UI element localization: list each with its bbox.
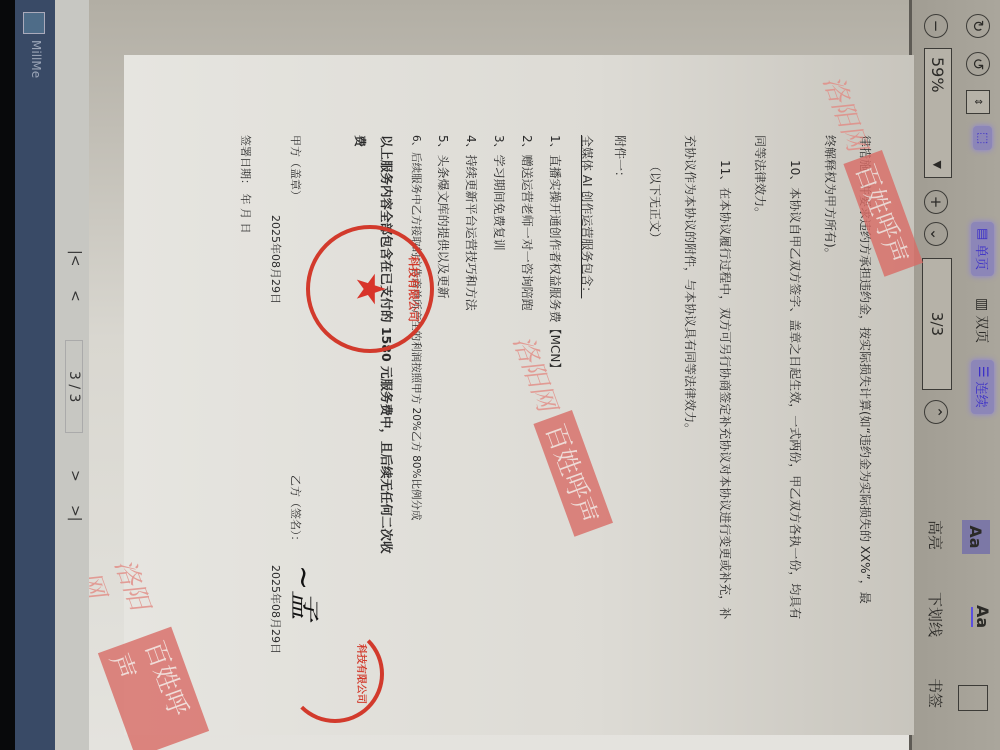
continuous-button[interactable]: ☰ 连续: [971, 360, 994, 414]
app-icon[interactable]: [23, 12, 45, 34]
party-a-date: 2025年08月29日: [268, 215, 284, 304]
highlight-aa: Aa: [967, 525, 986, 548]
party-b-label: 乙方（签名）：: [288, 475, 304, 547]
continuous-label: 连续: [973, 382, 992, 408]
single-page-icon: ▤: [975, 228, 990, 240]
zoom-out-icon[interactable]: −: [924, 14, 948, 38]
fit-page-icon[interactable]: ⇕: [966, 90, 990, 114]
company-seal-b: 科技有限公司: [286, 625, 384, 723]
seal-text: 科技有限公司: [355, 644, 370, 704]
doc-line: 终解释权为甲方所有)。: [822, 135, 839, 260]
page-navigation: |< < 3 / 3 > >|: [55, 0, 89, 750]
page-number-field[interactable]: 3/3: [922, 258, 952, 390]
rotate-counter-icon[interactable]: ↺: [966, 52, 990, 76]
dropdown-arrow-icon: ▼: [932, 161, 945, 169]
doc-line: 同等法律效力。: [752, 135, 769, 219]
service-item: 4、持续更新平台运营技巧和方法: [463, 135, 480, 311]
service-item: 1、直播实操开通创作者权益服务费【MCN】: [547, 135, 564, 374]
rotate-icon[interactable]: ↻: [966, 14, 990, 38]
fit-width-button[interactable]: ⬚: [973, 126, 992, 150]
zoom-select[interactable]: 59% ▼: [924, 48, 952, 178]
screen-bezel: [0, 0, 15, 750]
single-page-button[interactable]: ▤ 单页: [971, 222, 994, 276]
prev-page-nav-icon[interactable]: <: [67, 290, 83, 302]
continuous-icon: ☰: [975, 366, 990, 378]
zoom-value: 59%: [929, 57, 948, 93]
party-b-date: 2025年08月29日: [268, 565, 284, 654]
fit-width-icon: ⬚: [975, 132, 990, 144]
underline-label[interactable]: 下划线: [925, 592, 946, 637]
seal-text: 科技有限公司: [406, 256, 422, 322]
bold-note-end: 费: [352, 135, 369, 147]
double-page-button[interactable]: ▥ 双页: [972, 298, 992, 343]
party-b-signature: ~孟: [285, 565, 329, 620]
next-page-icon[interactable]: ⌃: [924, 400, 948, 424]
zoom-in-icon[interactable]: +: [924, 190, 948, 214]
reader-toolbar: ↻ ↺ ⇕ ⬚ − 59% ▼ + ▤ 单页 ▥ 双页 ☰ 连续 ⌄ 3/3 ⌃…: [909, 0, 1000, 750]
document-area: 律措施，并要求违约方承担违约金，按实际损失计算(如“违约金为实际损失的 XX%”…: [89, 0, 909, 750]
doc-line: （以下无正文）: [647, 160, 664, 244]
highlight-label[interactable]: 高亮: [925, 520, 946, 550]
first-page-icon[interactable]: |<: [67, 250, 83, 266]
underline-aa: Aa: [973, 605, 992, 628]
doc-line: 附件一：: [612, 135, 629, 183]
service-heading: 全媒体 AI 创作运营服务包含：: [579, 135, 596, 298]
highlight-icon[interactable]: Aa: [962, 520, 990, 554]
last-page-icon[interactable]: >|: [67, 505, 83, 521]
page-nav-indicator[interactable]: 3 / 3: [65, 340, 83, 433]
taskbar: MillMe: [15, 0, 55, 750]
star-icon: ★: [347, 271, 393, 307]
sign-date-label: 签署日期： 年 月 日: [238, 135, 254, 234]
doc-line: 11、在本协议履行过程中，双方可另行协商签定补充协议对本协议进行变更或补充，补: [717, 160, 734, 619]
bookmark-icon[interactable]: [958, 685, 988, 711]
page-number-value: 3/3: [928, 312, 946, 336]
doc-line: 充协议作为本协议的附件，与本协议具有同等法律效力。: [682, 135, 699, 435]
double-page-icon: ▥: [974, 298, 990, 311]
service-item: 3、学习期间免费复训: [491, 135, 508, 251]
service-item: 5、头条爆文库的提供以及更新: [435, 135, 452, 299]
underline-icon[interactable]: Aa: [971, 605, 992, 628]
document-page: 律措施，并要求违约方承担违约金，按实际损失计算(如“违约金为实际损失的 XX%”…: [124, 55, 914, 735]
company-seal-a: ★ 科技有限公司: [306, 225, 434, 353]
prev-page-icon[interactable]: ⌄: [924, 222, 948, 246]
next-page-nav-icon[interactable]: >: [67, 470, 83, 482]
service-item: 2、赠送运营老师一对一咨询陪跑: [519, 135, 536, 311]
doc-line: 10、本协议自甲乙双方签字、盖章之日起生效，一式两份，甲乙双方各执一份，均具有: [787, 160, 804, 619]
single-page-label: 单页: [973, 244, 992, 270]
screen: ↻ ↺ ⇕ ⬚ − 59% ▼ + ▤ 单页 ▥ 双页 ☰ 连续 ⌄ 3/3 ⌃…: [0, 0, 1000, 750]
double-page-label: 双页: [972, 315, 992, 343]
bookmark-label[interactable]: 书签: [925, 678, 946, 708]
app-label[interactable]: MillMe: [29, 40, 43, 78]
party-a-label: 甲方（盖章）: [288, 135, 304, 201]
